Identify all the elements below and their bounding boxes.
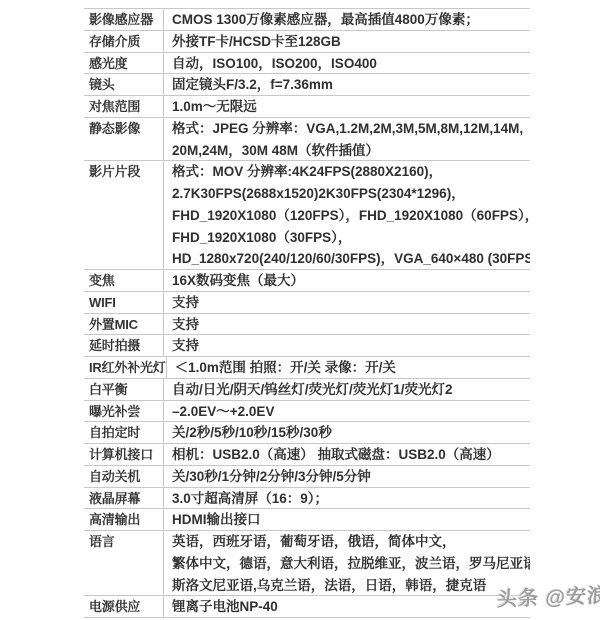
spec-label: 对焦范围 (84, 96, 164, 117)
spec-label: IR红外补光灯 (84, 357, 167, 378)
spec-value-line: 格式：MOV 分辨率:4K24FPS(2880X2160)， (172, 161, 530, 183)
spec-row: 镜头固定镜头F/3.2，f=7.36mm (84, 74, 530, 96)
spec-value-line: HDMI输出接口 (172, 509, 530, 531)
spec-row: 静态影像格式：JPEG 分辨率：VGA,1.2M,2M,3M,5M,8M,12M… (84, 118, 530, 162)
spec-value-line: 自动/日光/阴天/钨丝灯/荧光灯/荧光灯1/荧光灯2 (172, 379, 530, 401)
spec-value-line: 格式：JPEG 分辨率：VGA,1.2M,2M,3M,5M,8M,12M,14M… (172, 118, 530, 140)
spec-label: 语言 (84, 531, 164, 595)
spec-table: 影像感应器CMOS 1300万像素感应器，最高插值4800万像素；存储介质外接T… (84, 8, 530, 618)
spec-label: 高清输出 (84, 509, 164, 530)
spec-value-line: 支持 (172, 292, 530, 314)
spec-row: 高清输出HDMI输出接口 (84, 509, 530, 531)
spec-value: 固定镜头F/3.2，f=7.36mm (164, 74, 530, 95)
spec-row: 计算机接口相机：USB2.0（高速） 抽取式磁盘：USB2.0（高速） (84, 444, 530, 466)
spec-value: 关/30秒/1分钟/2分钟/3分钟/5分钟 (164, 466, 530, 487)
spec-label: 延时拍摄 (84, 335, 164, 356)
spec-value: 相机：USB2.0（高速） 抽取式磁盘：USB2.0（高速） (164, 444, 530, 465)
spec-value-line: 自动，ISO100，ISO200，ISO400 (172, 53, 530, 75)
spec-row: 存储介质外接TF卡/HCSD卡至128GB (84, 31, 530, 53)
spec-value-line: FHD_1920X1080（30FPS）， (172, 227, 530, 249)
spec-value: 3.0寸超高清屏（16：9）； (164, 488, 530, 509)
spec-label: 曝光补尝 (84, 401, 164, 422)
spec-value-line: 英语，西班牙语，葡萄牙语，俄语，简体中文， (172, 531, 530, 553)
spec-value-line: 关/30秒/1分钟/2分钟/3分钟/5分钟 (172, 466, 530, 488)
spec-row: 自拍定时关/2秒/5秒/10秒/15秒/30秒 (84, 422, 530, 444)
spec-row: WIFI支持 (84, 292, 530, 314)
spec-value: 1.0m～无限远 (164, 96, 530, 117)
spec-row: 电源供应锂离子电池NP-40 (84, 596, 530, 618)
spec-value: –2.0EV～+2.0EV (164, 401, 530, 422)
spec-label: 液晶屏幕 (84, 488, 164, 509)
spec-value-line: 锂离子电池NP-40 (172, 596, 530, 618)
spec-value-line: HD_1280x720(240/120/60/30FPS)，VGA_640×48… (172, 248, 530, 270)
spec-value: HDMI输出接口 (164, 509, 530, 530)
spec-label: 感光度 (84, 53, 164, 74)
spec-row: 延时拍摄支持 (84, 335, 530, 357)
spec-value-line: 关/2秒/5秒/10秒/15秒/30秒 (172, 422, 530, 444)
spec-value-line: –2.0EV～+2.0EV (172, 401, 530, 423)
spec-value: 锂离子电池NP-40 (164, 596, 530, 617)
spec-value-line: 相机：USB2.0（高速） 抽取式磁盘：USB2.0（高速） (172, 444, 530, 466)
spec-label: 自拍定时 (84, 422, 164, 443)
spec-label: 自动关机 (84, 466, 164, 487)
spec-value: 支持 (164, 292, 530, 313)
spec-value-line: 2.7K30FPS(2688x1520)2K30FPS(2304*1296)， (172, 183, 530, 205)
spec-label: 变焦 (84, 270, 164, 291)
spec-value-line: 固定镜头F/3.2，f=7.36mm (172, 74, 530, 96)
spec-value: CMOS 1300万像素感应器，最高插值4800万像素； (164, 9, 530, 30)
spec-row: 语言英语，西班牙语，葡萄牙语，俄语，简体中文，繁体中文，德语，意大利语，拉脱维亚… (84, 531, 530, 596)
spec-label: 镜头 (84, 74, 164, 95)
spec-row: IR红外补光灯＜1.0m范围 拍照：开/关 录像：开/关 (84, 357, 530, 379)
spec-value-line: 20M,24M，30M 48M（软件插值） (172, 140, 530, 162)
spec-value-line: 1.0m～无限远 (172, 96, 530, 118)
spec-value: 关/2秒/5秒/10秒/15秒/30秒 (164, 422, 530, 443)
spec-value: 格式：JPEG 分辨率：VGA,1.2M,2M,3M,5M,8M,12M,14M… (164, 118, 530, 161)
spec-label: 静态影像 (84, 118, 164, 161)
spec-row: 自动关机关/30秒/1分钟/2分钟/3分钟/5分钟 (84, 466, 530, 488)
spec-value: 格式：MOV 分辨率:4K24FPS(2880X2160)，2.7K30FPS(… (164, 161, 530, 269)
spec-row: 变焦16X数码变焦（最大） (84, 270, 530, 292)
spec-row: 白平衡自动/日光/阴天/钨丝灯/荧光灯/荧光灯1/荧光灯2 (84, 379, 530, 401)
spec-value: 英语，西班牙语，葡萄牙语，俄语，简体中文，繁体中文，德语，意大利语，拉脱维亚，波… (164, 531, 530, 595)
spec-value: ＜1.0m范围 拍照：开/关 录像：开/关 (167, 357, 530, 378)
spec-row: 感光度自动，ISO100，ISO200，ISO400 (84, 53, 530, 75)
spec-label: 白平衡 (84, 379, 164, 400)
spec-row: 影片片段格式：MOV 分辨率:4K24FPS(2880X2160)，2.7K30… (84, 161, 530, 270)
spec-value-line: FHD_1920X1080（120FPS），FHD_1920X1080（60FP… (172, 205, 530, 227)
spec-label: 影片片段 (84, 161, 164, 269)
spec-value-line: 3.0寸超高清屏（16：9）； (172, 488, 530, 510)
toutiao-watermark: 头条 @安浪 (497, 579, 600, 612)
spec-row: 液晶屏幕3.0寸超高清屏（16：9）； (84, 488, 530, 510)
spec-value: 支持 (164, 314, 530, 335)
spec-row: 影像感应器CMOS 1300万像素感应器，最高插值4800万像素； (84, 9, 530, 31)
spec-value-line: 外接TF卡/HCSD卡至128GB (172, 31, 530, 53)
spec-value: 自动，ISO100，ISO200，ISO400 (164, 53, 530, 74)
spec-label: 存储介质 (84, 31, 164, 52)
spec-value: 自动/日光/阴天/钨丝灯/荧光灯/荧光灯1/荧光灯2 (164, 379, 530, 400)
spec-value-line: 支持 (172, 335, 530, 357)
spec-label: 电源供应 (84, 596, 164, 617)
spec-value: 16X数码变焦（最大） (164, 270, 530, 291)
spec-label: 外置MIC (84, 314, 164, 335)
spec-value: 外接TF卡/HCSD卡至128GB (164, 31, 530, 52)
spec-value-line: 繁体中文，德语，意大利语，拉脱维亚，波兰语，罗马尼亚语， (172, 553, 530, 575)
spec-value-line: 16X数码变焦（最大） (172, 270, 530, 292)
spec-row: 外置MIC支持 (84, 314, 530, 336)
spec-value-line: CMOS 1300万像素感应器，最高插值4800万像素； (172, 9, 530, 31)
spec-label: WIFI (84, 292, 164, 313)
spec-value-line: 斯洛文尼亚语,乌克兰语，法语，日语，韩语，捷克语 (172, 575, 530, 597)
spec-value-line: 支持 (172, 314, 530, 336)
spec-label: 计算机接口 (84, 444, 164, 465)
spec-value-line: ＜1.0m范围 拍照：开/关 录像：开/关 (175, 357, 530, 379)
spec-label: 影像感应器 (84, 9, 164, 30)
spec-row: 曝光补尝–2.0EV～+2.0EV (84, 401, 530, 423)
spec-value: 支持 (164, 335, 530, 356)
spec-row: 对焦范围1.0m～无限远 (84, 96, 530, 118)
